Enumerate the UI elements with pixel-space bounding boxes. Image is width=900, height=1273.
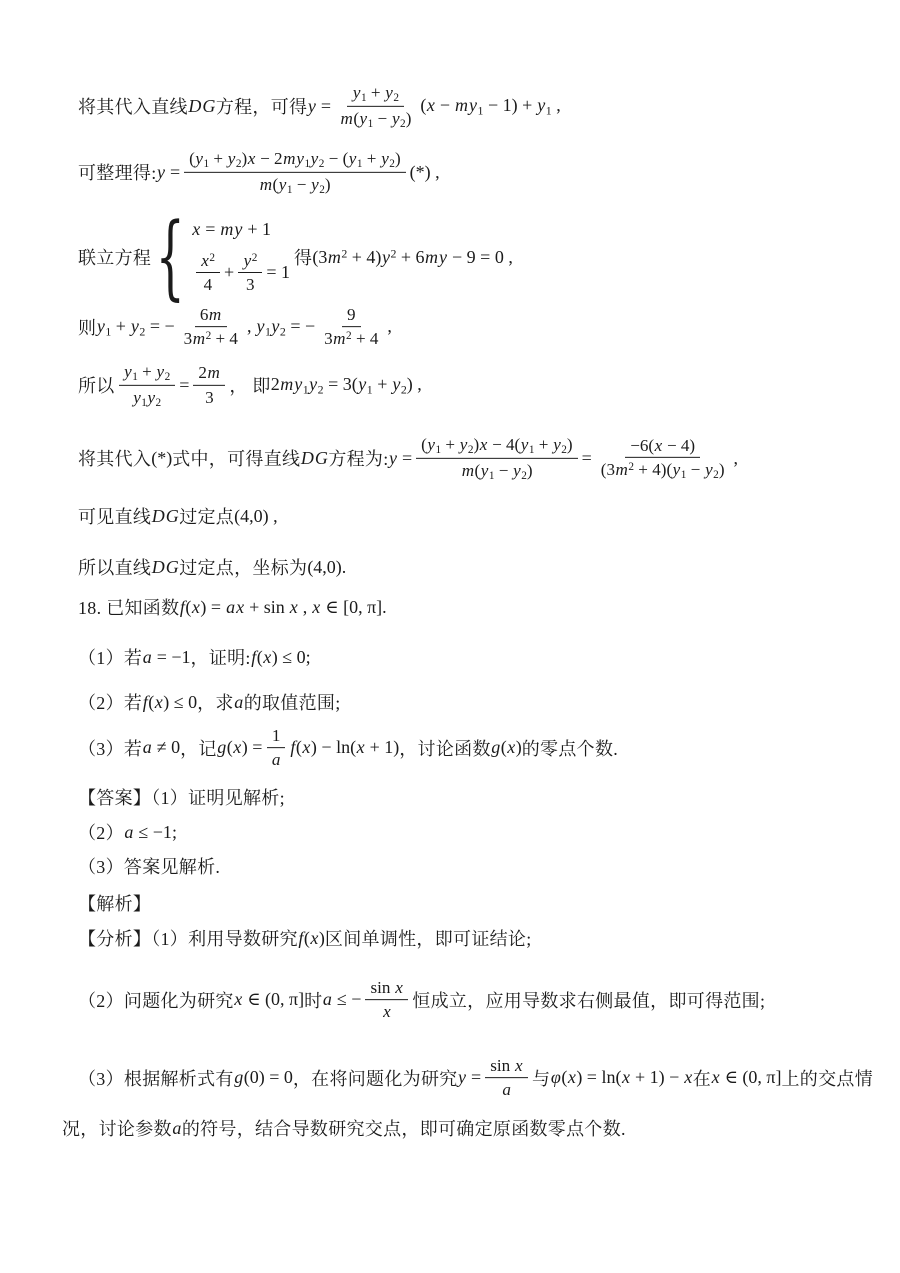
answer-part-3: （3）答案见解析.: [78, 853, 220, 879]
text-run: 况，讨论参数: [62, 1115, 172, 1141]
fraction: (y1 + y2)x − 4(y1 + y2)m(y1 − y2): [416, 434, 577, 482]
fraction-denominator: 3m2 + 4: [319, 328, 383, 350]
part-3-question: （3）若 a ≠ 0，记 g(x) = 1af(x) − ln(x + 1)，讨…: [78, 725, 618, 771]
analysis-part-3-continued: 况，讨论参数 a 的符号，结合导数研究交点，即可确定原函数零点个数.: [62, 1115, 626, 1141]
analysis-part-3: （3）根据解析式有 g(0) = 0，在将问题化为研究 y = sin xa与φ…: [78, 1055, 873, 1101]
math-run: , y1y2 = −: [247, 316, 315, 338]
text-run: 与: [532, 1065, 550, 1091]
text-run: 方程，可得: [216, 93, 308, 119]
math-run: g(x) =: [217, 738, 263, 759]
text-run: 18. 已知函数: [78, 594, 179, 620]
problem-18-statement: 18. 已知函数 f(x) = ax + sin x , x ∈ [0, π].: [78, 594, 387, 620]
text-run: 区间单调性，即可证结论;: [325, 925, 532, 951]
math-run: y =: [389, 448, 413, 469]
text-run: （2）问题化为研究: [78, 987, 234, 1013]
fraction-numerator: y1 + y2: [119, 361, 176, 386]
text-run: 在: [693, 1065, 711, 1091]
fraction: sin xx: [365, 977, 408, 1023]
fraction: y1 + y2m(y1 − y2): [335, 82, 416, 130]
fraction-denominator: 3: [241, 273, 260, 295]
fraction-numerator: 9: [342, 304, 361, 327]
fraction-denominator: x: [378, 1001, 397, 1023]
math-run: (x − my1 − 1) + y1 ,: [420, 95, 560, 117]
fraction: 2m3: [193, 362, 225, 408]
part-2-question: （2）若 f(x) ≤ 0，求 a 的取值范围;: [78, 689, 341, 715]
text-run: 所以直线: [78, 554, 151, 580]
answer-part-1: 【答案】（1）证明见解析;: [78, 784, 285, 810]
text-run: ，在将问题化为研究: [293, 1065, 458, 1091]
equation-row: x = my + 1: [192, 219, 271, 240]
text-run: 时: [304, 987, 322, 1013]
math-run: ,: [387, 317, 392, 338]
text-run: 联立方程: [78, 244, 151, 270]
text-run: 方程为:: [328, 445, 388, 471]
left-brace-glyph: {: [156, 211, 185, 303]
fraction: 93m2 + 4: [319, 304, 383, 350]
math-run: a: [234, 692, 244, 713]
fraction-numerator: y1 + y2: [347, 82, 404, 107]
analysis-header: 【解析】: [78, 890, 151, 916]
text-run: 可整理得:: [78, 159, 157, 185]
math-run: =: [582, 448, 592, 469]
math-run: (4,0).: [307, 557, 346, 578]
text-run: 恒成立，应用导数求右侧最值，即可得范围;: [412, 987, 765, 1013]
text-run: 【分析】（1）利用导数研究: [78, 925, 298, 951]
fraction-denominator: 3: [200, 386, 219, 408]
text-run: ，记: [180, 735, 217, 761]
fixed-point-line: 可见直线 DG 过定点(4,0) ,: [78, 503, 278, 529]
math-run: (*): [151, 448, 172, 469]
text-run: 【答案】（1）证明见解析;: [78, 784, 285, 810]
analysis-part-1: 【分析】（1）利用导数研究 f(x) 区间单调性，即可证结论;: [78, 925, 532, 951]
dg-substitute-line: 将其代入直线 DG 方程，可得 y = y1 + y2m(y1 − y2)(x …: [78, 82, 561, 130]
math-run: DG: [151, 506, 179, 527]
fraction-numerator: 6m: [195, 304, 227, 327]
equation-row: x24 + y23 = 1: [192, 250, 290, 296]
fraction-denominator: 3m2 + 4: [179, 328, 243, 350]
text-run: 【解析】: [78, 890, 151, 916]
part-1-question: （1）若 a = −1，证明: f(x) ≤ 0;: [78, 644, 311, 670]
system-of-equations-line: 联立方程{x = my + 1x24 + y23 = 1得(3m2 + 4)y2…: [78, 211, 513, 303]
fraction-numerator: y2: [238, 250, 262, 273]
math-run: a ≤ −: [322, 990, 361, 1011]
fraction-denominator: m(y1 − y2): [335, 107, 416, 131]
math-run: +: [224, 262, 234, 283]
text-run: 上的交点情: [782, 1065, 874, 1091]
equation-system: {x = my + 1x24 + y23 = 1: [155, 211, 290, 303]
fraction-numerator: sin x: [485, 1055, 528, 1078]
answer-part-2: （2）a ≤ −1;: [78, 819, 177, 845]
text-run: ，证明:: [191, 644, 251, 670]
fraction: (y1 + y2)x − 2my1y2 − (y1 + y2)m(y1 − y2…: [184, 148, 405, 196]
text-run: 过定点，坐标为: [179, 554, 307, 580]
text-run: ;: [172, 822, 177, 843]
math-run: DG: [300, 448, 328, 469]
document-page: 将其代入直线 DG 方程，可得 y = y1 + y2m(y1 − y2)(x …: [0, 0, 900, 1273]
text-run: 得: [294, 244, 312, 270]
fraction-denominator: y1y2: [128, 386, 166, 410]
rearranged-star-equation: 可整理得: y = (y1 + y2)x − 2my1y2 − (y1 + y2…: [78, 148, 440, 196]
math-run: x ∈ (0, π]: [234, 990, 304, 1011]
math-run: a = −1: [142, 647, 190, 668]
text-run: ， 即: [229, 372, 270, 398]
text-run: 式中，可得直线: [172, 445, 300, 471]
math-run: a: [172, 1118, 182, 1139]
fraction: −6(x − 4)(3m2 + 4)(y1 − y2): [596, 434, 730, 481]
math-run: f(x) ≤ 0: [142, 692, 197, 713]
text-run: （2）若: [78, 689, 142, 715]
math-run: φ(x) = ln(x + 1) − x: [550, 1068, 692, 1089]
math-run: y1 + y2 = −: [96, 316, 174, 338]
text-run: （1）若: [78, 644, 142, 670]
fraction: 6m3m2 + 4: [179, 304, 243, 350]
fraction-numerator: 1: [267, 725, 286, 748]
fraction-denominator: m(y1 − y2): [254, 173, 335, 197]
math-run: g(x): [491, 738, 522, 759]
text-run: （3）若: [78, 735, 142, 761]
fraction-numerator: x2: [196, 250, 220, 273]
math-run: y =: [458, 1068, 482, 1089]
text-run: （3）根据解析式有: [78, 1065, 234, 1091]
math-run: y =: [157, 162, 181, 183]
math-run: 2my1y2 = 3(y1 + y2) ,: [271, 374, 422, 396]
fraction-denominator: a: [497, 1079, 517, 1101]
math-run: (*) ,: [410, 162, 440, 183]
fraction-denominator: m(y1 − y2): [456, 459, 537, 483]
fraction: 1a: [266, 725, 286, 771]
fraction: y23: [238, 250, 262, 296]
equation-system-rows: x = my + 1x24 + y23 = 1: [190, 219, 290, 296]
math-run: g(0) = 0: [234, 1068, 293, 1089]
text-run: ;: [306, 647, 311, 668]
text-run: （2）: [78, 819, 124, 845]
text-run: 将其代入: [78, 445, 151, 471]
math-run: x = my + 1: [192, 219, 271, 240]
fraction: sin xa: [485, 1055, 528, 1101]
fraction-numerator: (y1 + y2)x − 4(y1 + y2): [416, 434, 577, 459]
fraction-numerator: 2m: [193, 362, 225, 385]
math-run: =: [179, 375, 189, 396]
dg-final-equation-line: 将其代入(*)式中，可得直线 DG 方程为: y = (y1 + y2)x − …: [78, 434, 738, 482]
text-run: 的零点个数.: [522, 735, 618, 761]
math-run: DG: [151, 557, 179, 578]
fraction-numerator: sin x: [365, 977, 408, 1000]
math-run: (4,0) ,: [234, 506, 278, 527]
text-run: 可见直线: [78, 503, 151, 529]
text-run: ，求: [197, 689, 234, 715]
text-run: （3）答案见解析.: [78, 853, 220, 879]
math-run: a ≤ −1: [124, 822, 172, 843]
text-run: 过定点: [179, 503, 234, 529]
math-run: a ≠ 0: [142, 738, 180, 759]
fraction-numerator: (y1 + y2)x − 2my1y2 − (y1 + y2): [184, 148, 405, 173]
math-run: DG: [188, 96, 216, 117]
ratio-line: 所以y1 + y2y1y2 = 2m3， 即 2my1y2 = 3(y1 + y…: [78, 361, 422, 409]
fraction-numerator: −6(x − 4): [625, 434, 700, 457]
vieta-sums-line: 则 y1 + y2 = −6m3m2 + 4, y1y2 = −93m2 + 4…: [78, 304, 392, 350]
math-run: = 1: [266, 262, 290, 283]
fixed-point-conclusion-line: 所以直线 DG 过定点，坐标为(4,0).: [78, 554, 346, 580]
math-run: f(x) = ax + sin x , x ∈ [0, π].: [179, 597, 386, 618]
text-run: 所以: [78, 372, 115, 398]
math-run: f(x) ≤ 0: [251, 647, 306, 668]
text-run: ，讨论函数: [399, 735, 491, 761]
fraction: y1 + y2y1y2: [119, 361, 176, 409]
math-run: f(x): [298, 928, 325, 949]
fraction-denominator: (3m2 + 4)(y1 − y2): [596, 458, 730, 482]
math-run: x ∈ (0, π]: [711, 1068, 781, 1089]
math-run: f(x) − ln(x + 1): [290, 738, 399, 759]
text-run: 将其代入直线: [78, 93, 188, 119]
analysis-part-2: （2）问题化为研究 x ∈ (0, π]时 a ≤ −sin xx恒成立，应用导…: [78, 977, 765, 1023]
math-run: ,: [734, 448, 739, 469]
fraction: x24: [196, 250, 220, 296]
fraction-denominator: 4: [199, 273, 218, 295]
fraction-denominator: a: [266, 749, 286, 771]
text-run: 则: [78, 314, 96, 340]
text-run: 的取值范围;: [244, 689, 341, 715]
text-run: 的符号，结合导数研究交点，即可确定原函数零点个数.: [182, 1115, 626, 1141]
math-run: y =: [307, 96, 331, 117]
math-run: (3m2 + 4)y2 + 6my − 9 = 0 ,: [312, 247, 513, 268]
